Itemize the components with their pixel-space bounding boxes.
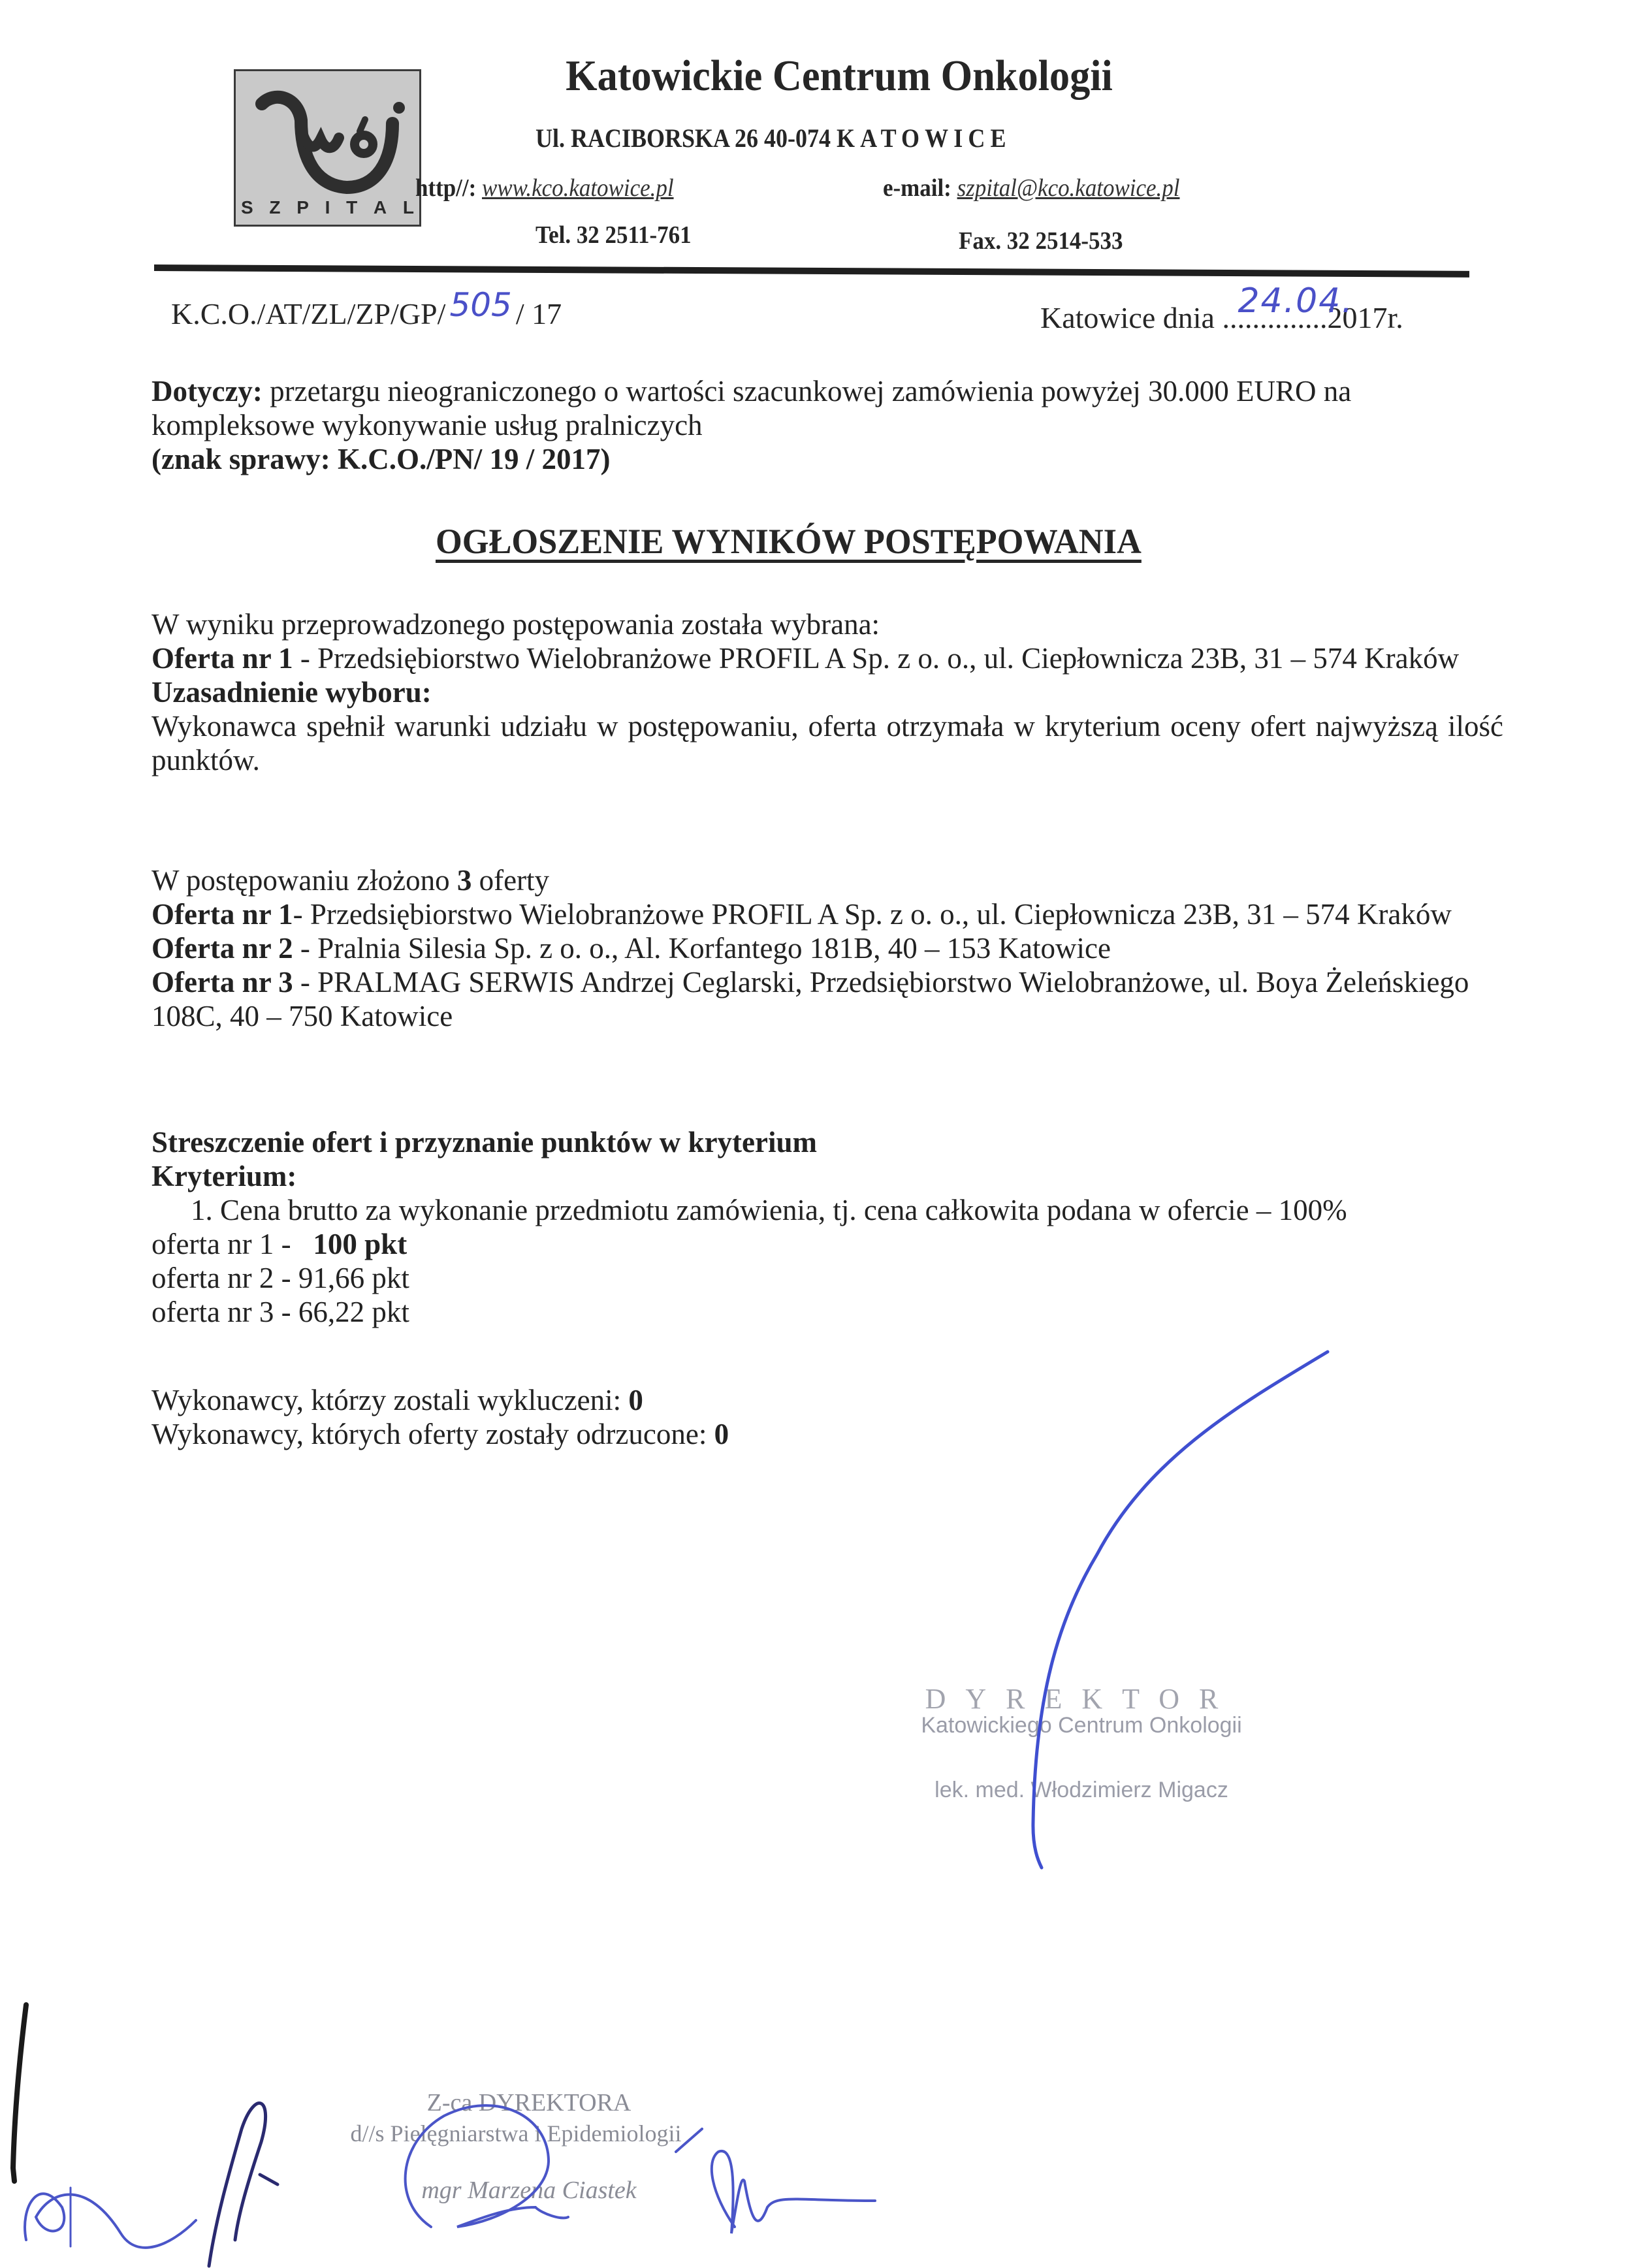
subject-text: przetargu nieograniczonego o wartości sz… (152, 375, 1351, 441)
justification-label: Uzasadnienie wyboru: (152, 675, 1503, 709)
criterion-text: 1. Cena brutto za wykonanie przedmiotu z… (152, 1193, 1503, 1227)
offer-label: Oferta nr 1 (152, 898, 293, 931)
handwritten-date: 24.04. (1238, 281, 1353, 321)
margin-mark-icon (13, 2005, 26, 2181)
offer-label: Oferta nr 3 (152, 966, 293, 998)
deputy-name: mgr Marzena Ciastek (307, 2176, 725, 2205)
offer-item: Oferta nr 3 - PRALMAG SERWIS Andrzej Ceg… (152, 965, 1503, 1033)
exclusions-section: Wykonawcy, którzy zostali wykluczeni: 0 … (152, 1383, 1503, 1451)
initials-signature-icon (25, 2194, 196, 2248)
signature-stroke-icon (209, 2103, 278, 2266)
offers-section: W postępowaniu złożono 3 oferty Oferta n… (152, 863, 1503, 1033)
scoring-section: Streszczenie ofert i przyznanie punktów … (152, 1125, 1503, 1329)
logo-letter: I (325, 197, 330, 218)
score-points: 66,22 pkt (298, 1296, 409, 1328)
offers-intro-suffix: oferty (471, 864, 549, 897)
director-stamp: DYREKTOR Katowickiego Centrum Onkologii … (899, 1682, 1264, 1803)
email-link[interactable]: szpital@kco.katowice.pl (957, 174, 1180, 202)
subject-block: Dotyczy: przetargu nieograniczonego o wa… (152, 374, 1490, 476)
subject-label: Dotyczy: (152, 375, 263, 407)
rejected-label: Wykonawcy, których oferty zostały odrzuc… (152, 1418, 714, 1450)
offer-item: Oferta nr 1- Przedsiębiorstwo Wielobranż… (152, 897, 1503, 931)
right-signature-icon (712, 2151, 875, 2233)
offers-intro: W postępowaniu złożono 3 oferty (152, 863, 1503, 897)
deputy-title: Z-ca DYREKTORA (307, 2088, 725, 2117)
deputy-department: d//s Pielęgniarstwa i Epidemiologii (307, 2120, 725, 2147)
offer-text: - Pralnia Silesia Sp. z o. o., Al. Korfa… (293, 932, 1111, 965)
hospital-logo: S Z P I T A L (234, 69, 421, 227)
score-row: oferta nr 2 - 91,66 pkt (152, 1261, 1503, 1295)
score-label: oferta nr 2 - (152, 1262, 298, 1294)
subject-line: Dotyczy: przetargu nieograniczonego o wa… (152, 374, 1490, 442)
selected-offer-label: Oferta nr 1 (152, 642, 293, 675)
selection-intro: W wyniku przeprowadzonego postępowania z… (152, 607, 1503, 641)
selection-section: W wyniku przeprowadzonego postępowania z… (152, 607, 1503, 777)
score-label: oferta nr 1 - (152, 1228, 313, 1260)
selected-offer-text: - Przedsiębiorstwo Wielobranżowe PROFIL … (293, 642, 1459, 675)
email-label: e-mail: (883, 174, 957, 202)
page-title: OGŁOSZENIE WYNIKÓW POSTĘPOWANIA (436, 521, 1142, 562)
logo-letter: P (296, 197, 309, 218)
organization-name: Katowickie Centrum Onkologii (447, 51, 1231, 101)
website-line: http//: www.kco.katowice.pl (415, 174, 674, 202)
case-reference: (znak sprawy: K.C.O./PN/ 19 / 2017) (152, 442, 1490, 476)
logo-letter: A (374, 197, 387, 218)
telephone: Tel. 32 2511-761 (535, 221, 692, 249)
logo-letter: Z (269, 197, 280, 218)
offer-text: - PRALMAG SERWIS Andrzej Ceglarski, Prze… (152, 966, 1469, 1032)
handwritten-number: 505 (449, 286, 511, 324)
director-institution: Katowickiego Centrum Onkologii (899, 1713, 1264, 1738)
director-title: DYREKTOR (899, 1682, 1264, 1716)
document-date: Katowice dnia ..............24.04.2017r. (1040, 300, 1403, 335)
excluded-line: Wykonawcy, którzy zostali wykluczeni: 0 (152, 1383, 1503, 1417)
reference-prefix: K.C.O./AT/ZL/ZP/GP/ (171, 297, 445, 330)
header-divider (154, 264, 1469, 278)
score-label: oferta nr 3 - (152, 1296, 298, 1328)
logo-wordmark: S Z P I T A L (241, 197, 414, 218)
director-name: lek. med. Włodzimierz Migacz (899, 1778, 1264, 1803)
justification-text: Wykonawca spełnił warunki udziału w post… (152, 709, 1503, 777)
selected-offer: Oferta nr 1 - Przedsiębiorstwo Wielobran… (152, 641, 1503, 675)
address-city: KATOWICE (837, 123, 1012, 153)
address-street: Ul. RACIBORSKA 26 40-074 (535, 123, 837, 153)
logo-letter: L (403, 197, 414, 218)
website-link[interactable]: www.kco.katowice.pl (482, 174, 674, 202)
excluded-count: 0 (628, 1384, 643, 1416)
logo-letter: T (346, 197, 357, 218)
excluded-label: Wykonawcy, którzy zostali wykluczeni: (152, 1384, 628, 1416)
offer-item: Oferta nr 2 - Pralnia Silesia Sp. z o. o… (152, 931, 1503, 965)
score-points: 100 pkt (313, 1228, 407, 1260)
offers-intro-prefix: W postępowaniu złożono (152, 864, 457, 897)
score-row: oferta nr 3 - 66,22 pkt (152, 1295, 1503, 1329)
offer-label: Oferta nr 2 (152, 932, 293, 965)
offers-count: 3 (457, 864, 472, 897)
logo-letter: S (241, 197, 253, 218)
criterion-label: Kryterium: (152, 1159, 1503, 1193)
deputy-director-stamp: Z-ca DYREKTORA d//s Pielęgniarstwa i Epi… (307, 2088, 725, 2205)
rejected-line: Wykonawcy, których oferty zostały odrzuc… (152, 1417, 1503, 1451)
scoring-heading: Streszczenie ofert i przyznanie punktów … (152, 1125, 1503, 1159)
email-line: e-mail: szpital@kco.katowice.pl (883, 174, 1179, 202)
fax: Fax. 32 2514-533 (959, 227, 1123, 255)
reference-suffix: / 17 (516, 297, 562, 330)
score-row: oferta nr 1 - 100 pkt (152, 1227, 1503, 1261)
website-label: http//: (415, 174, 482, 202)
score-points: 91,66 pkt (298, 1262, 409, 1294)
date-label: Katowice dnia (1040, 301, 1222, 334)
reference-number: K.C.O./AT/ZL/ZP/GP/505/ 17 (171, 294, 562, 332)
organization-address: Ul. RACIBORSKA 26 40-074 KATOWICE (535, 123, 1012, 153)
rejected-count: 0 (714, 1418, 729, 1450)
offer-text: - Przedsiębiorstwo Wielobranżowe PROFIL … (293, 898, 1452, 931)
